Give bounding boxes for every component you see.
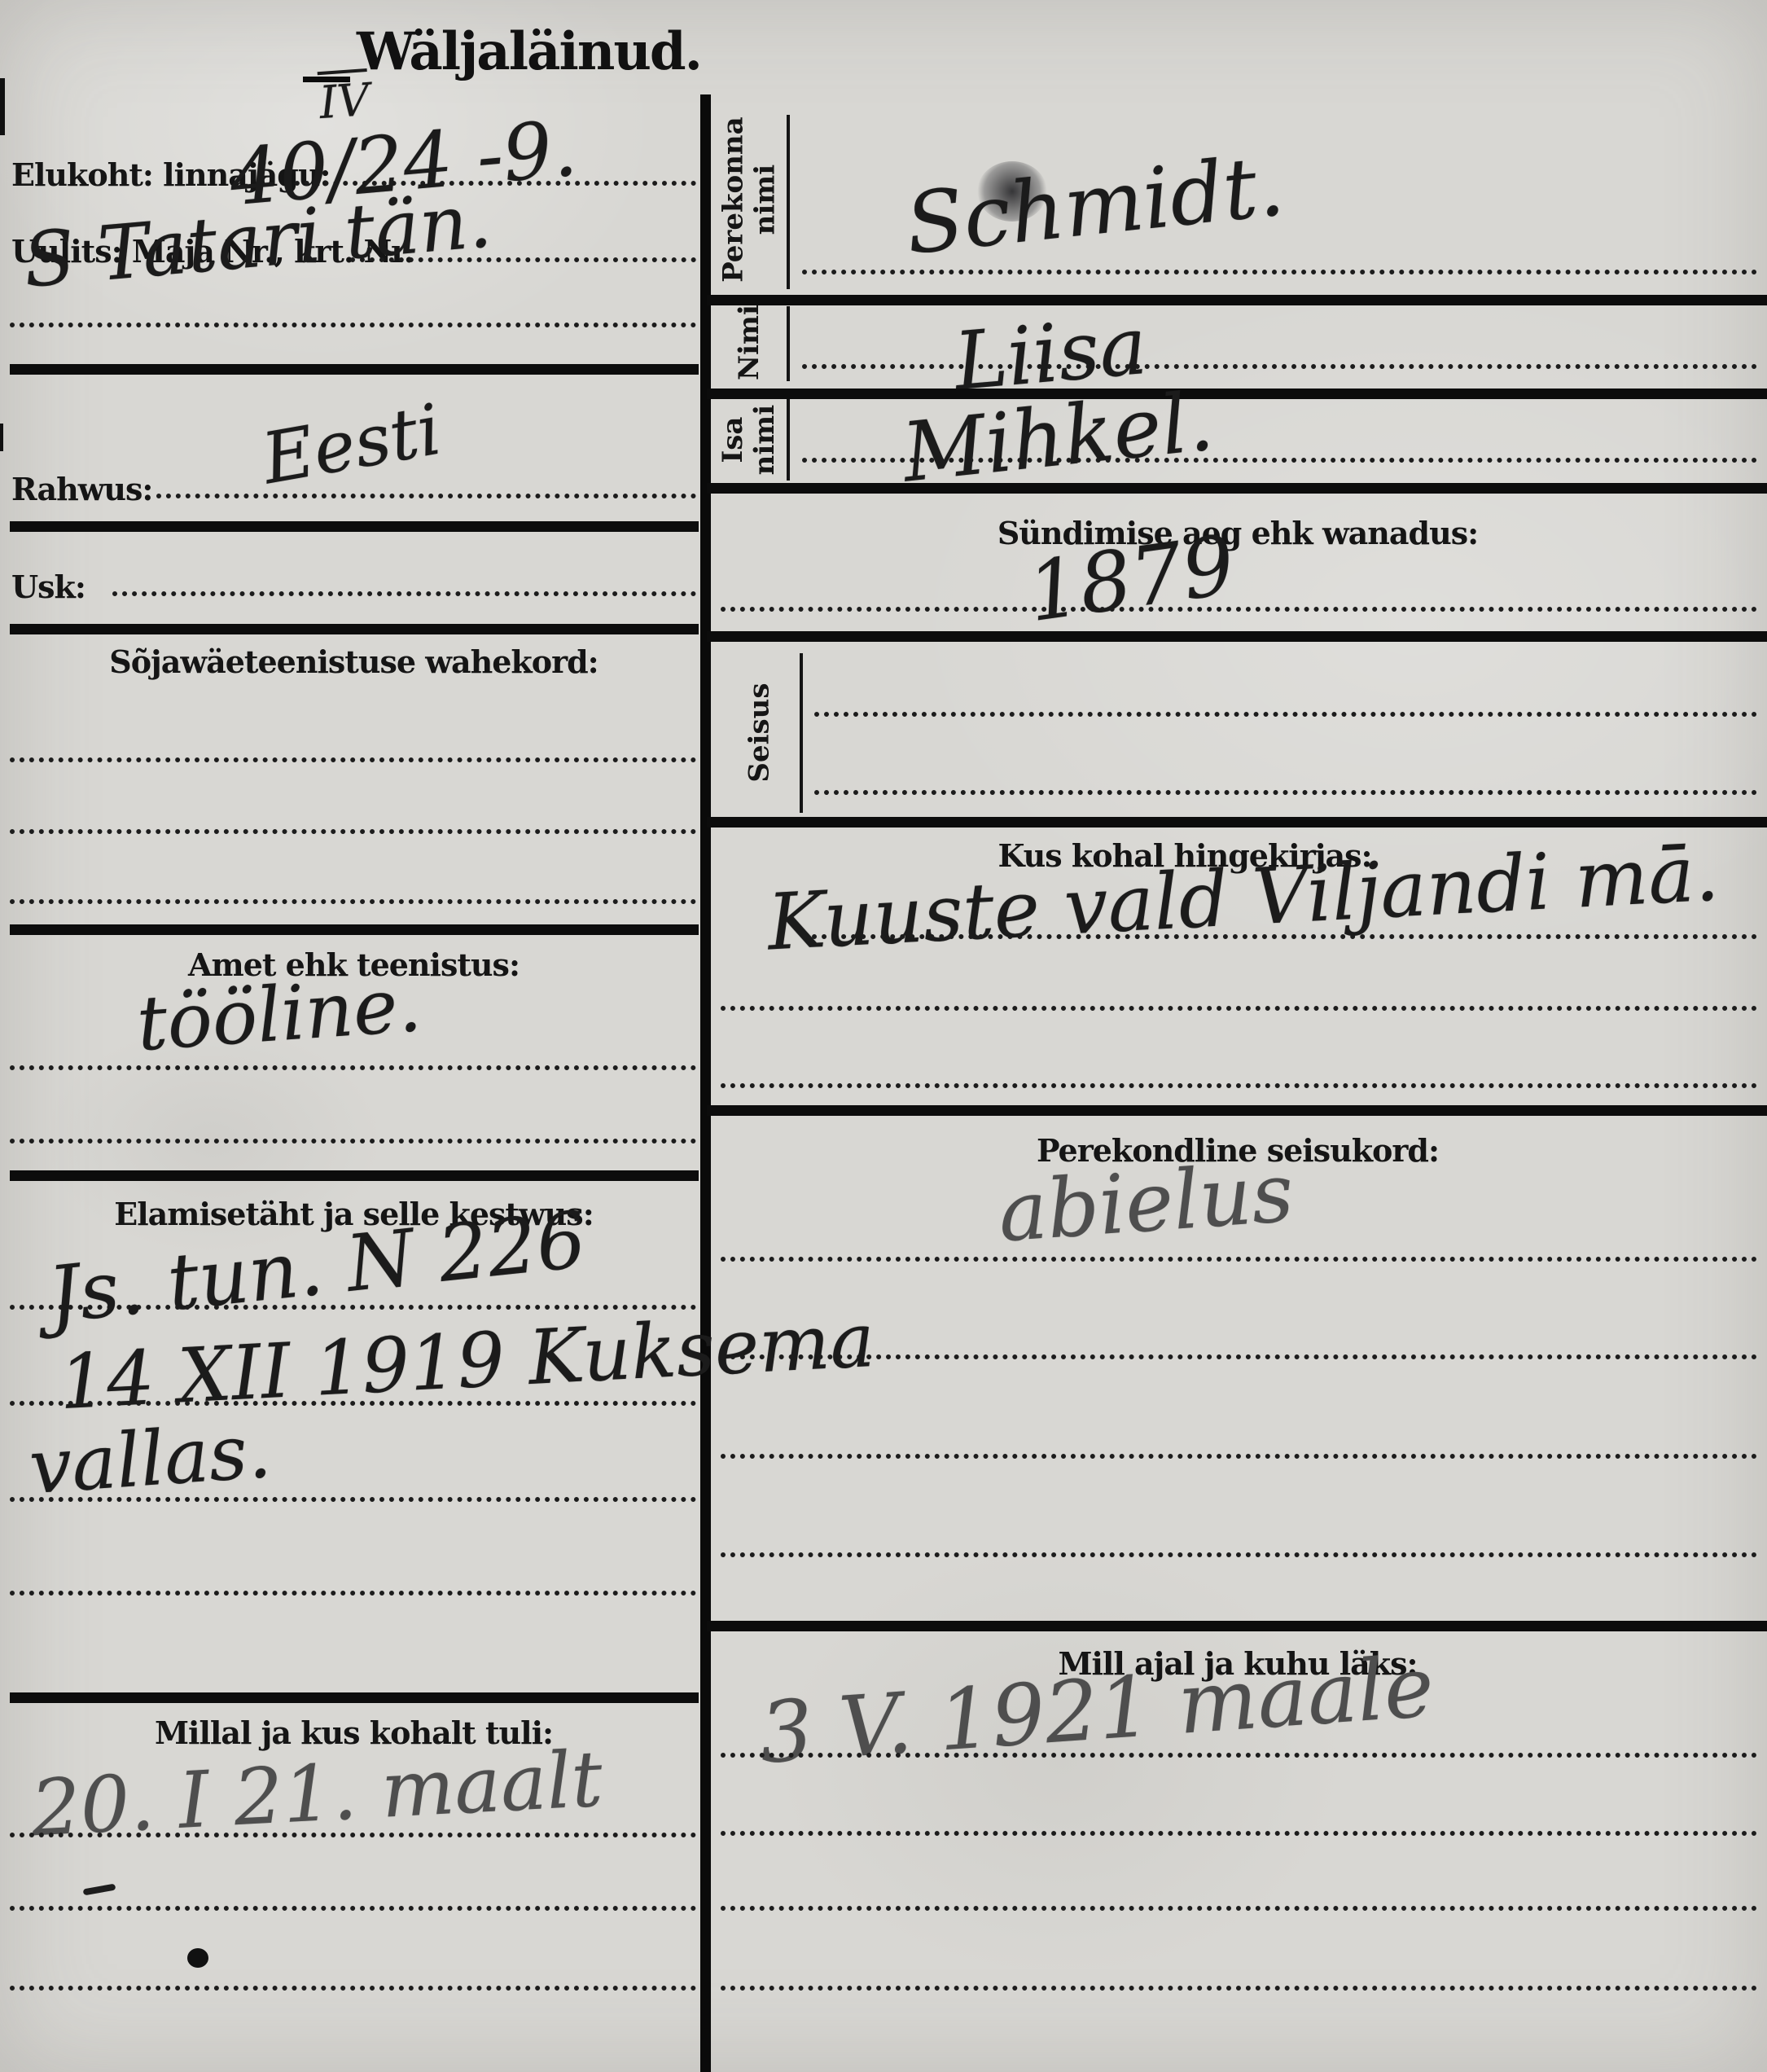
first-name-vertical-label: Nimi	[711, 305, 788, 381]
permit-line3-handwriting: vallas.	[27, 1407, 274, 1511]
dotted-line	[721, 1552, 1757, 1557]
dotted-line	[721, 1986, 1757, 1991]
dotted-line	[802, 934, 1757, 939]
section-rule	[10, 924, 699, 935]
section-rule	[707, 388, 1767, 399]
dotted-line	[721, 1831, 1757, 1836]
dotted-line	[721, 1906, 1757, 1911]
dotted-line	[10, 1986, 696, 1991]
dotted-line	[10, 757, 696, 762]
dotted-line	[721, 1753, 1757, 1758]
residence-value-handwriting: IV	[318, 68, 371, 129]
birth-label: Sündimise aeg ehk wanadus:	[717, 515, 1759, 551]
field-separator-line	[787, 115, 790, 289]
dotted-line	[721, 1354, 1757, 1359]
dotted-line	[10, 829, 696, 834]
section-rule	[707, 1621, 1767, 1631]
dotted-line	[802, 364, 1757, 369]
dotted-line	[721, 1257, 1757, 1262]
scan-edge-mark	[0, 78, 5, 135]
family-name-label-line1: Perekonna	[717, 116, 749, 283]
section-rule	[10, 521, 699, 532]
section-rule	[707, 483, 1767, 494]
nationality-label: Rahwus:	[11, 471, 152, 507]
dotted-line	[814, 790, 1757, 795]
section-rule	[10, 624, 699, 634]
religion-label: Usk:	[11, 568, 85, 605]
father-name-label-line1: Isa	[717, 416, 749, 463]
dotted-line	[112, 591, 696, 596]
dotted-line	[814, 712, 1757, 717]
section-rule	[10, 1170, 699, 1181]
dotted-line	[721, 1083, 1757, 1088]
dotted-line	[10, 1401, 696, 1406]
dotted-line	[721, 1006, 1757, 1011]
dotted-line	[802, 458, 1757, 463]
family-name-label-line2: nimi	[749, 165, 782, 235]
dotted-line	[802, 270, 1757, 274]
dotted-line	[10, 1305, 696, 1310]
dotted-line	[10, 323, 696, 327]
military-label: Sõjawäeteenistuse wahekord:	[10, 643, 698, 680]
section-rule	[707, 1105, 1767, 1116]
first-name-label: Nimi	[733, 305, 765, 381]
family-name-vertical-label: Perekonna nimi	[711, 114, 788, 285]
dotted-line	[10, 1906, 696, 1911]
dotted-line	[721, 607, 1757, 612]
dotted-line	[721, 1454, 1757, 1459]
scan-edge-mark	[0, 424, 3, 451]
field-separator-line	[787, 306, 790, 381]
section-rule	[707, 295, 1767, 305]
scanned-registration-card: Wäljaläinud. Elukoht: linnajägu: IV Uuli…	[0, 0, 1767, 2072]
status-vertical-label: Seisus	[721, 652, 799, 814]
status-label: Seisus	[743, 683, 776, 783]
dotted-line	[10, 1591, 696, 1596]
section-rule	[10, 364, 699, 375]
dotted-line	[10, 1065, 696, 1070]
field-separator-line	[800, 653, 803, 813]
section-rule	[707, 817, 1767, 827]
field-separator-line	[787, 399, 790, 481]
page-title: Wäljaläinud.	[357, 21, 701, 82]
father-name-label-line2: nimi	[749, 405, 782, 476]
dotted-line	[10, 1497, 696, 1502]
ink-blot	[187, 1948, 208, 1968]
dotted-line	[10, 1139, 696, 1144]
dotted-line	[10, 899, 696, 904]
section-rule	[707, 631, 1767, 642]
dotted-line	[10, 1833, 696, 1837]
father-name-vertical-label: Isa nimi	[711, 397, 788, 482]
section-rule	[10, 1692, 699, 1703]
dotted-line	[156, 494, 696, 498]
